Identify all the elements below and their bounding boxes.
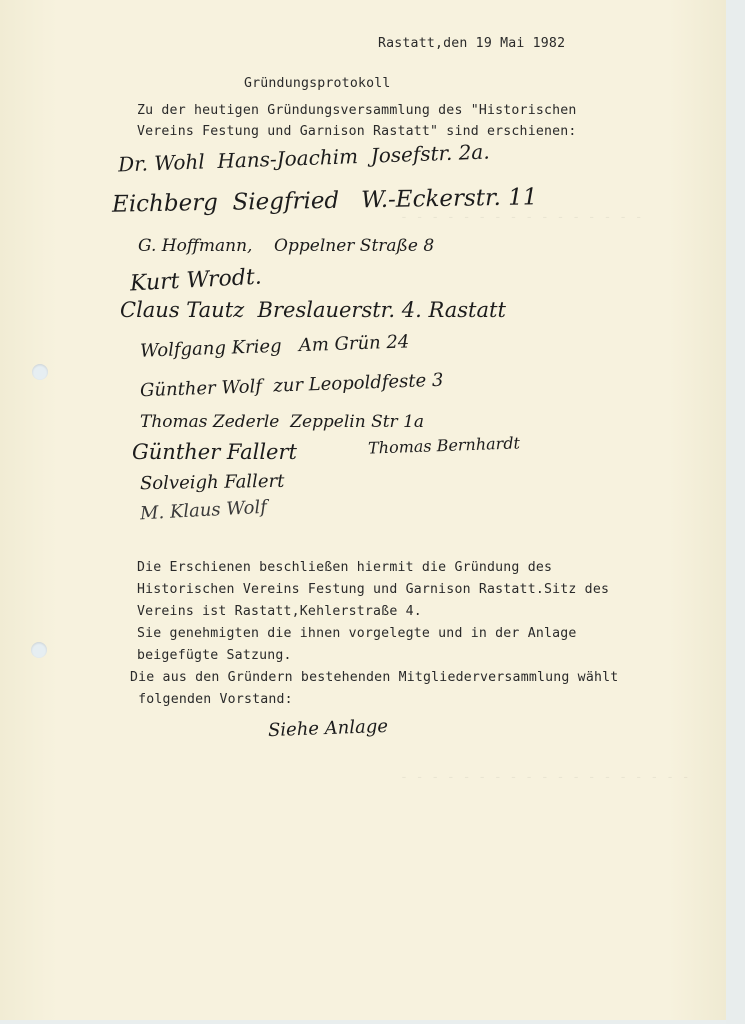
- signature-4: Kurt Wrodt.: [129, 265, 262, 297]
- intro-line-2: Vereins Festung und Garnison Rastatt" si…: [137, 124, 577, 139]
- closing-line-1: Die aus den Gründern bestehenden Mitglie…: [130, 670, 618, 685]
- signature-10: Thomas Bernhardt: [368, 433, 521, 457]
- document-page: - - - - - - - - - - - - - - - - - - - - …: [0, 0, 726, 1020]
- document-title: Gründungsprotokoll: [244, 76, 391, 91]
- signature-6: Wolfgang Krieg Am Grün 24: [140, 331, 410, 361]
- signature-1: Dr. Wohl Hans-Joachim Josefstr. 2a.: [118, 140, 490, 177]
- punch-hole-bottom: [31, 642, 47, 658]
- scan-background-edge: [726, 0, 745, 1024]
- signature-8: Thomas Zederle Zeppelin Str 1a: [140, 412, 424, 432]
- body-line-3: Vereins ist Rastatt,Kehlerstraße 4.: [137, 604, 422, 619]
- body-line-2: Historischen Vereins Festung und Garniso…: [137, 582, 609, 597]
- signature-7: Günther Wolf zur Leopoldfeste 3: [140, 370, 444, 402]
- signature-9: Günther Fallert: [132, 440, 297, 464]
- show-through-text: - - - - - - - - - - - - - - - - - - -: [400, 770, 690, 785]
- punch-hole-top: [32, 364, 48, 380]
- signature-12: M. Klaus Wolf: [140, 497, 268, 525]
- closing-line-2: folgenden Vorstand:: [130, 692, 293, 707]
- signature-11: Solveigh Fallert: [140, 471, 285, 495]
- handwritten-note: Siehe Anlage: [268, 716, 389, 741]
- body-line-1: Die Erschienen beschließen hiermit die G…: [137, 560, 552, 575]
- signature-5: Claus Tautz Breslauerstr. 4. Rastatt: [120, 298, 506, 322]
- body-line-5: beigefügte Satzung.: [137, 648, 292, 663]
- date-line: Rastatt,den 19 Mai 1982: [378, 36, 565, 51]
- show-through-text: - - - - - - - - - - - - - - - -: [400, 210, 643, 225]
- signature-3: G. Hoffmann, Oppelner Straße 8: [138, 236, 434, 256]
- intro-line-1: Zu der heutigen Gründungsversammlung des…: [137, 103, 577, 118]
- body-line-4: Sie genehmigten die ihnen vorgelegte und…: [137, 626, 577, 641]
